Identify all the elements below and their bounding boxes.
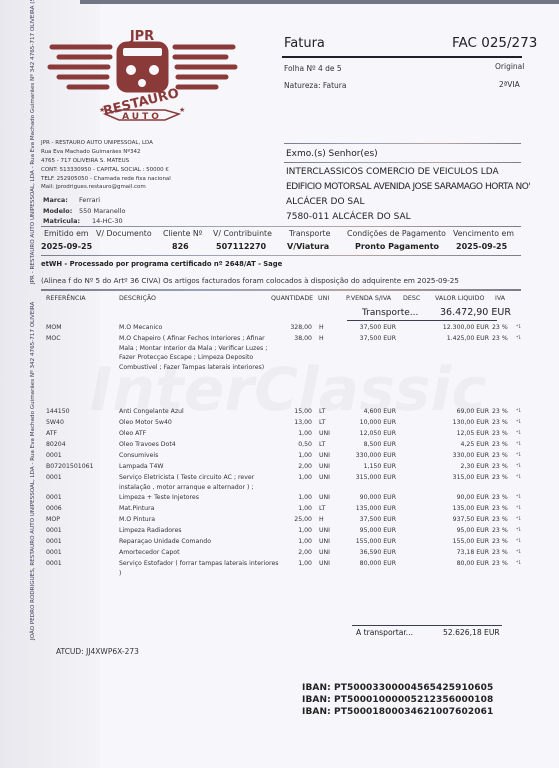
copy-label: Original	[495, 62, 524, 71]
row-price: 95,000 EUR	[340, 527, 396, 534]
row-tax-mark: *1	[516, 409, 521, 414]
atcud-code: ATCUD: JJ4XWP6X-273	[56, 647, 139, 656]
row-unit: H	[319, 335, 324, 342]
vehicle-rule	[41, 226, 521, 227]
row-tax-mark: *1	[516, 442, 521, 447]
row-net: 937,50 EUR	[420, 516, 489, 523]
row-net: 4,25 EUR	[420, 441, 489, 448]
row-vat: 23 %	[492, 549, 508, 556]
client-no-label: Cliente Nº	[163, 229, 202, 238]
row-tax-mark: *1	[516, 453, 521, 458]
due-label: Vencimento em	[453, 229, 514, 238]
row-ref: 0001	[46, 527, 62, 534]
vehicle-model: Modelo:550 Maranello	[43, 207, 125, 215]
row-vat: 23 %	[492, 516, 508, 523]
company-name: JPR - RESTAURO AUTO UNIPESSOAL, LDA	[41, 140, 153, 146]
row-desc: Lampada T4W	[119, 462, 279, 472]
row-net: 12,05 EUR	[420, 430, 489, 437]
row-vat: 23 %	[492, 474, 508, 481]
client-address-2: ALCÁCER DO SAL	[286, 197, 364, 207]
row-desc: Limpeza Radiadores	[119, 526, 279, 536]
row-tax-mark: *1	[516, 561, 521, 566]
iban-2: IBAN: PT50001000005212356000108	[302, 695, 493, 705]
row-price: 1,150 EUR	[340, 463, 396, 470]
row-net: 73,18 EUR	[420, 549, 489, 556]
page-edge-shadow	[80, 0, 559, 4]
side-legal-text-upper: JPR - RESTAURO AUTO UNIPESSOAL, LDA - Ru…	[30, 0, 36, 284]
row-price: 155,000 EUR	[340, 538, 396, 545]
col-header-net: VALOR LIQUIDO	[435, 295, 484, 302]
svg-text:★: ★	[99, 106, 105, 114]
row-unit: UNI	[319, 560, 330, 567]
row-ref: MOM	[46, 324, 62, 331]
client-salutation-rule	[284, 162, 521, 163]
via-label: 2ªVIA	[499, 80, 520, 89]
row-unit: H	[319, 516, 324, 523]
row-tax-mark: *1	[516, 420, 521, 425]
row-qty: 1,00	[270, 494, 312, 501]
col-header-disc: DESC	[403, 295, 420, 302]
document-type: Fatura	[284, 36, 325, 51]
row-desc: Limpeza + Teste Injetores	[119, 493, 279, 503]
row-ref: 0001	[46, 549, 62, 556]
iban-3: IBAN: PT50001800034621007602061	[302, 707, 493, 717]
meta-rule	[41, 255, 521, 256]
row-price: 330,000 EUR	[340, 452, 396, 459]
col-header-qty: QUANTIDADE	[271, 295, 313, 302]
carried-in-rule	[347, 320, 497, 321]
row-desc: Serviço Eletricista ( Teste circuito AC …	[119, 473, 279, 492]
row-tax-mark: *1	[516, 495, 521, 500]
row-qty: 38,00	[270, 335, 312, 342]
client-no-value: 826	[172, 242, 189, 251]
certification-note: etWH - Processado por programa certifica…	[41, 260, 282, 268]
client-salutation: Exmo.(s) Senhor(es)	[286, 149, 378, 159]
row-qty: 1,00	[270, 505, 312, 512]
row-desc: Amortecedor Capot	[119, 548, 279, 558]
row-ref: 0001	[46, 474, 62, 481]
row-ref: 0001	[46, 538, 62, 545]
row-vat: 23 %	[492, 335, 508, 342]
row-desc: M.O Pintura	[119, 515, 279, 525]
row-desc: Consumiveis	[119, 451, 279, 461]
row-qty: 0,50	[270, 441, 312, 448]
row-vat: 23 %	[492, 452, 508, 459]
client-address-1: EDIFICIO MOTORSAL AVENIDA JOSE SARAMAGO …	[286, 182, 530, 192]
row-desc: Anti Congelante Azul	[119, 407, 279, 417]
row-qty: 1,00	[270, 452, 312, 459]
company-street: Rua Eva Machado Guimarães Nº342	[41, 149, 140, 155]
row-desc: Serviço Estofador ( forrar tampas latera…	[119, 559, 279, 578]
row-qty: 2,00	[270, 463, 312, 470]
client-top-rule	[284, 143, 521, 144]
row-qty: 328,00	[270, 324, 312, 331]
row-price: 80,000 EUR	[340, 560, 396, 567]
table-top-rule	[41, 289, 521, 291]
row-net: 90,00 EUR	[420, 494, 489, 501]
row-unit: UNI	[319, 538, 330, 545]
row-vat: 23 %	[492, 419, 508, 426]
row-price: 36,590 EUR	[340, 549, 396, 556]
row-desc: Oleo ATF	[119, 429, 279, 439]
row-ref: ATF	[46, 430, 57, 437]
vehicle-brand: Marca:Ferrari	[43, 196, 100, 204]
carry-out-label: A transportar...	[356, 628, 413, 637]
row-desc: Reparaçao Unidade Comando	[119, 537, 279, 547]
carry-out-value: 52.626,18 EUR	[443, 628, 500, 637]
your-doc-label: V/ Documento	[96, 229, 152, 238]
row-net: 69,00 EUR	[420, 408, 489, 415]
document-nature: Natureza: Fatura	[284, 81, 346, 90]
row-price: 37,500 EUR	[340, 324, 396, 331]
row-net: 130,00 EUR	[420, 419, 489, 426]
payment-value: Pronto Pagamento	[355, 242, 439, 251]
company-logo: JPR RESTAURO AUTO ★ ★	[45, 28, 240, 128]
row-net: 95,00 EUR	[420, 527, 489, 534]
row-qty: 1,00	[270, 474, 312, 481]
row-vat: 23 %	[492, 505, 508, 512]
row-vat: 23 %	[492, 441, 508, 448]
row-price: 90,000 EUR	[340, 494, 396, 501]
row-qty: 2,00	[270, 549, 312, 556]
taxpayer-value: 507112270	[216, 242, 266, 251]
taxpayer-label: V/ Contribuinte	[213, 229, 272, 238]
row-net: 1.425,00 EUR	[420, 335, 489, 342]
row-qty: 1,00	[270, 538, 312, 545]
svg-text:★: ★	[179, 106, 185, 114]
row-net: 2,30 EUR	[420, 463, 489, 470]
row-price: 37,500 EUR	[340, 516, 396, 523]
payment-label: Condições de Pagamento	[347, 229, 446, 238]
row-unit: UNI	[319, 463, 330, 470]
row-unit: LT	[319, 441, 325, 448]
vehicle-plate: Matricula:14-HC-30	[43, 217, 123, 225]
row-vat: 23 %	[492, 324, 508, 331]
client-name: INTERCLASSICOS COMERCIO DE VEICULOS LDA	[286, 167, 499, 177]
row-tax-mark: *1	[516, 517, 521, 522]
row-price: 4,600 EUR	[340, 408, 396, 415]
row-vat: 23 %	[492, 538, 508, 545]
logo-bottom-text: AUTO	[122, 112, 162, 122]
col-header-vat: IVA	[495, 295, 505, 302]
row-net: 80,00 EUR	[420, 560, 489, 567]
row-net: 12.300,00 EUR	[420, 324, 489, 331]
document-number: FAC 025/273	[452, 35, 537, 51]
row-ref: 0001	[46, 452, 62, 459]
row-desc: Mat.Pintura	[119, 504, 279, 514]
row-qty: 1,00	[270, 527, 312, 534]
transport-value: V/Viatura	[287, 242, 329, 251]
col-header-price: P.VENDA S/IVA	[346, 295, 391, 302]
carry-out-rule	[352, 625, 502, 626]
row-ref: 80204	[46, 441, 66, 448]
row-vat: 23 %	[492, 560, 508, 567]
row-tax-mark: *1	[516, 336, 521, 341]
row-vat: 23 %	[492, 527, 508, 534]
row-ref: 0001	[46, 560, 62, 567]
row-price: 10,000 EUR	[340, 419, 396, 426]
row-desc: Oleo Motor 5w40	[119, 418, 279, 428]
row-unit: UNI	[319, 452, 330, 459]
row-unit: UNI	[319, 474, 330, 481]
row-tax-mark: *1	[516, 475, 521, 480]
row-ref: 5W40	[46, 419, 64, 426]
row-price: 315,000 EUR	[340, 474, 396, 481]
col-header-unit: UNI	[318, 295, 329, 302]
row-qty: 25,00	[270, 516, 312, 523]
issued-date: 2025-09-25	[41, 242, 92, 251]
row-unit: LT	[319, 408, 325, 415]
company-tax: CONT: 513330950 - CAPITAL SOCIAL : 50000…	[41, 167, 169, 173]
carried-in-label: Transporte...	[362, 308, 418, 318]
row-tax-mark: *1	[516, 550, 521, 555]
row-net: 135,00 EUR	[420, 505, 489, 512]
row-price: 8,500 EUR	[340, 441, 396, 448]
row-unit: LT	[319, 419, 325, 426]
row-tax-mark: *1	[516, 431, 521, 436]
row-tax-mark: *1	[516, 464, 521, 469]
row-qty: 13,00	[270, 419, 312, 426]
client-postal: 7580-011 ALCÁCER DO SAL	[286, 212, 411, 222]
row-tax-mark: *1	[516, 325, 521, 330]
row-ref: MOC	[46, 335, 61, 342]
row-net: 330,00 EUR	[420, 452, 489, 459]
row-unit: UNI	[319, 430, 330, 437]
col-header-ref: REFERÊNCIA	[46, 295, 86, 302]
company-email: Mail: jprodrigues.restauro@gmail.com	[41, 184, 146, 190]
row-tax-mark: *1	[516, 539, 521, 544]
row-tax-mark: *1	[516, 506, 521, 511]
row-price: 135,000 EUR	[340, 505, 396, 512]
sheet-number: Folha Nº 4 de 5	[284, 64, 342, 73]
col-header-desc: DESCRIÇÃO	[119, 295, 156, 302]
row-desc: Oleo Travoes Dot4	[119, 440, 279, 450]
row-unit: UNI	[319, 527, 330, 534]
company-phone: TELF. 252905050 - Chamada rede fixa naci…	[41, 176, 171, 182]
carried-in-value: 36.472,90 EUR	[440, 307, 511, 318]
row-qty: 1,00	[270, 560, 312, 567]
row-net: 315,00 EUR	[420, 474, 489, 481]
row-unit: UNI	[319, 549, 330, 556]
logo-top-text: JPR	[129, 29, 154, 44]
row-ref: B07201501061	[46, 463, 94, 470]
row-net: 155,00 EUR	[420, 538, 489, 545]
row-desc: M.O Chapeiro ( Afinar Fechos Interiores …	[119, 334, 279, 372]
row-unit: H	[319, 324, 324, 331]
legal-note: (Alinea f do Nº 5 do Artº 36 CIVA) Os ar…	[41, 276, 459, 285]
issued-label: Emitido em	[44, 229, 89, 238]
due-date: 2025-09-25	[456, 242, 507, 251]
row-qty: 1,00	[270, 430, 312, 437]
row-qty: 15,00	[270, 408, 312, 415]
row-ref: 144150	[46, 408, 70, 415]
row-ref: 0001	[46, 494, 62, 501]
row-vat: 23 %	[492, 494, 508, 501]
transport-label: Transporte	[289, 229, 330, 238]
row-desc: M.O Mecanico	[119, 323, 279, 333]
row-tax-mark: *1	[516, 528, 521, 533]
row-unit: UNI	[319, 494, 330, 501]
row-vat: 23 %	[492, 408, 508, 415]
row-vat: 23 %	[492, 430, 508, 437]
iban-1: IBAN: PT50003300004565425910605	[302, 683, 493, 693]
row-price: 37,500 EUR	[340, 335, 396, 342]
row-ref: MOP	[46, 516, 60, 523]
row-unit: LT	[319, 505, 325, 512]
row-vat: 23 %	[492, 463, 508, 470]
header-rule	[282, 56, 522, 58]
row-ref: 0006	[46, 505, 62, 512]
company-city: 4765 - 717 OLIVEIRA S. MATEUS	[41, 158, 129, 164]
row-price: 12,050 EUR	[340, 430, 396, 437]
